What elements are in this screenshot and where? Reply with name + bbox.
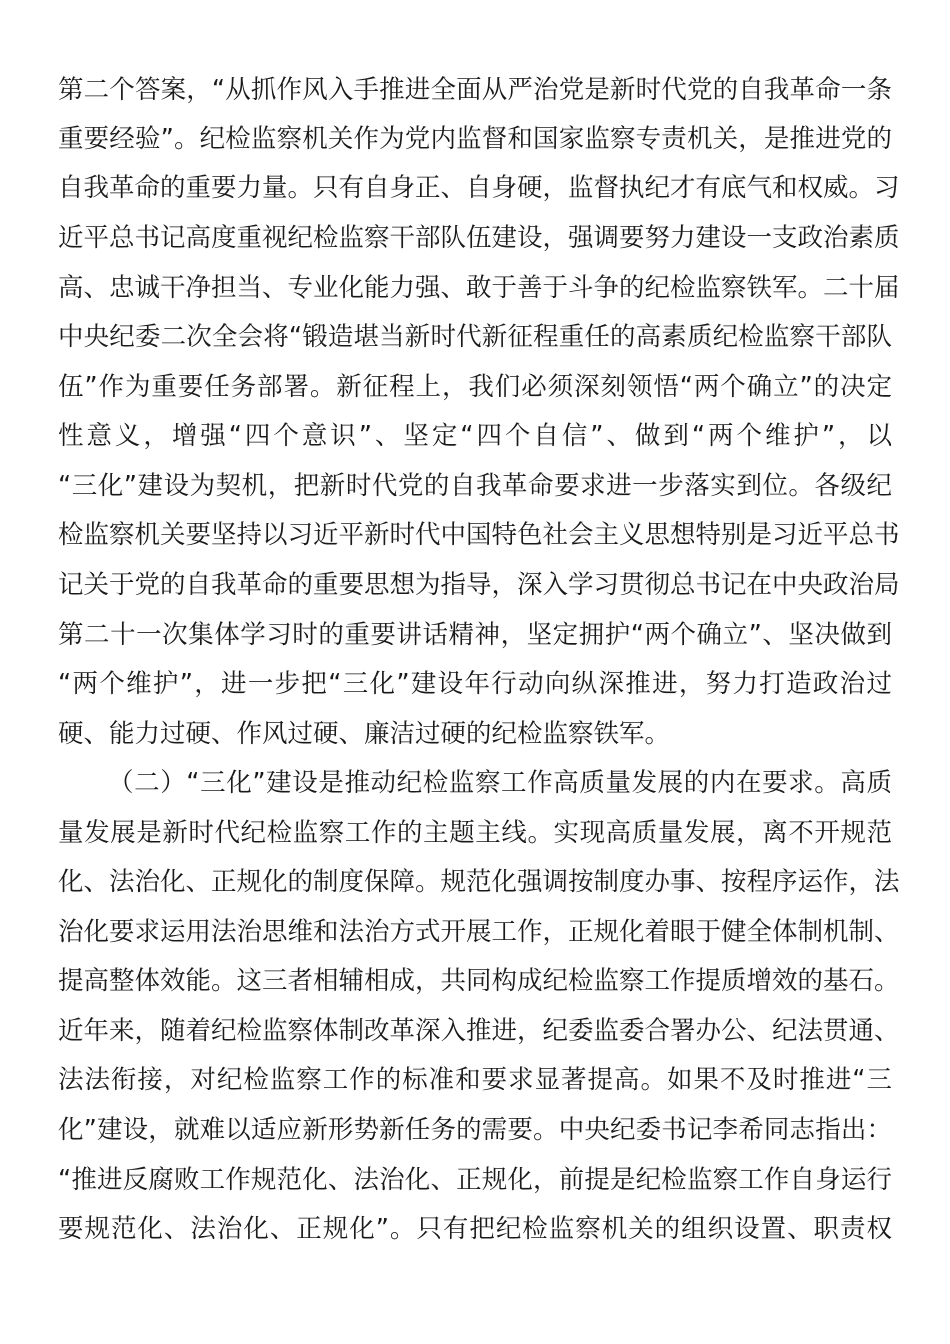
- text-line: 性意义，增强“四个意识”、坚定“四个自信”、做到“两个维护”，以: [58, 416, 892, 456]
- text-line: 检监察机关要坚持以习近平新时代中国特色社会主义思想特别是习近平总书: [58, 515, 892, 555]
- text-line: 高、忠诚干净担当、专业化能力强、敢于善于斗争的纪检监察铁军。二十届: [58, 268, 892, 308]
- document-page: 第二个答案，“从抓作风入手推进全面从严治党是新时代党的自我革命一条 重要经验”。…: [0, 0, 950, 1344]
- text-line: 记关于党的自我革命的重要思想为指导，深入学习贯彻总书记在中央政治局: [58, 565, 892, 605]
- text-line: “三化”建设为契机，把新时代党的自我革命要求进一步落实到位。各级纪: [58, 466, 892, 506]
- text-line: 伍”作为重要任务部署。新征程上，我们必须深刻领悟“两个确立”的决定: [58, 367, 892, 407]
- text-line: 近年来，随着纪检监察体制改革深入推进，纪委监委合署办公、纪法贯通、: [58, 1011, 892, 1051]
- text-line: 第二十一次集体学习时的重要讲话精神，坚定拥护“两个确立”、坚决做到: [58, 615, 892, 655]
- text-line: 自我革命的重要力量。只有自身正、自身硬，监督执纪才有底气和权威。习: [58, 168, 892, 208]
- text-line: 硬、能力过硬、作风过硬、廉洁过硬的纪检监察铁军。: [58, 714, 892, 754]
- text-line: 中央纪委二次全会将“锻造堪当新时代新征程重任的高素质纪检监察干部队: [58, 317, 892, 357]
- text-line: “推进反腐败工作规范化、法治化、正规化，前提是纪检监察工作自身运行: [58, 1160, 892, 1200]
- text-line: 化”建设，就难以适应新形势新任务的需要。中央纪委书记李希同志指出：: [58, 1110, 892, 1150]
- text-line: 量发展是新时代纪检监察工作的主题主线。实现高质量发展，离不开规范: [58, 813, 892, 853]
- text-line: 治化要求运用法治思维和法治方式开展工作，正规化着眼于健全体制机制、: [58, 912, 892, 952]
- text-line: 提高整体效能。这三者相辅相成，共同构成纪检监察工作提质增效的基石。: [58, 961, 892, 1001]
- text-line: 重要经验”。纪检监察机关作为党内监督和国家监察专责机关，是推进党的: [58, 119, 892, 159]
- text-line: 要规范化、法治化、正规化”。只有把纪检监察机关的组织设置、职责权: [58, 1209, 892, 1249]
- text-line: 近平总书记高度重视纪检监察干部队伍建设，强调要努力建设一支政治素质: [58, 218, 892, 258]
- section-heading-line: （二）“三化”建设是推动纪检监察工作高质量发展的内在要求。高质: [108, 763, 892, 803]
- text-line: 化、法治化、正规化的制度保障。规范化强调按制度办事、按程序运作，法: [58, 862, 892, 902]
- text-line: “两个维护”，进一步把“三化”建设年行动向纵深推进，努力打造政治过: [58, 664, 892, 704]
- text-line: 第二个答案，“从抓作风入手推进全面从严治党是新时代党的自我革命一条: [58, 70, 892, 110]
- text-line: 法法衔接，对纪检监察工作的标准和要求显著提高。如果不及时推进“三: [58, 1060, 892, 1100]
